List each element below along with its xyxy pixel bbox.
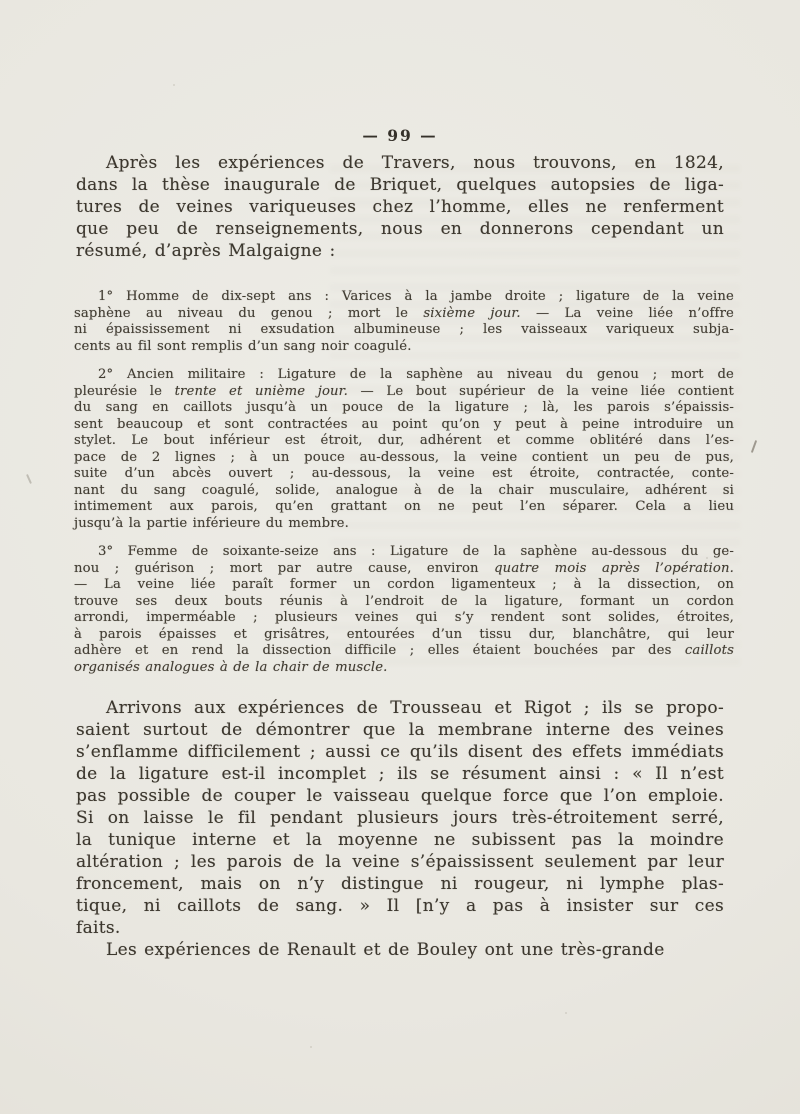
intro-paragraph: Après les expériences de Travers, nous t…	[76, 152, 724, 262]
body-paragraph-1: Arrivons aux expériences de Trousseau et…	[76, 697, 724, 939]
body-paragraph-2: Les expériences de Renault et de Bouley …	[76, 939, 724, 961]
observation-1-paragraph: 1° Homme de dix-sept ans : Varices à la …	[74, 289, 734, 355]
paper-speck	[565, 1012, 567, 1014]
scanned-book-page: — 99 — Après les expériences de Travers,…	[0, 0, 800, 1114]
pen-mark-left-margin	[26, 474, 32, 484]
observations-section: 1° Homme de dix-sept ans : Varices à la …	[74, 289, 734, 676]
paper-speck	[310, 1046, 312, 1048]
pen-mark-right-margin	[751, 440, 757, 453]
body-section: Arrivons aux expériences de Trousseau et…	[76, 697, 724, 961]
observation-2-paragraph: 2° Ancien militaire : Ligature de la sap…	[74, 367, 734, 532]
observation-3-paragraph: 3° Femme de soixante-seize ans : Ligatur…	[74, 544, 734, 676]
paper-speck	[173, 84, 175, 86]
page-number: — 99 —	[0, 126, 800, 145]
